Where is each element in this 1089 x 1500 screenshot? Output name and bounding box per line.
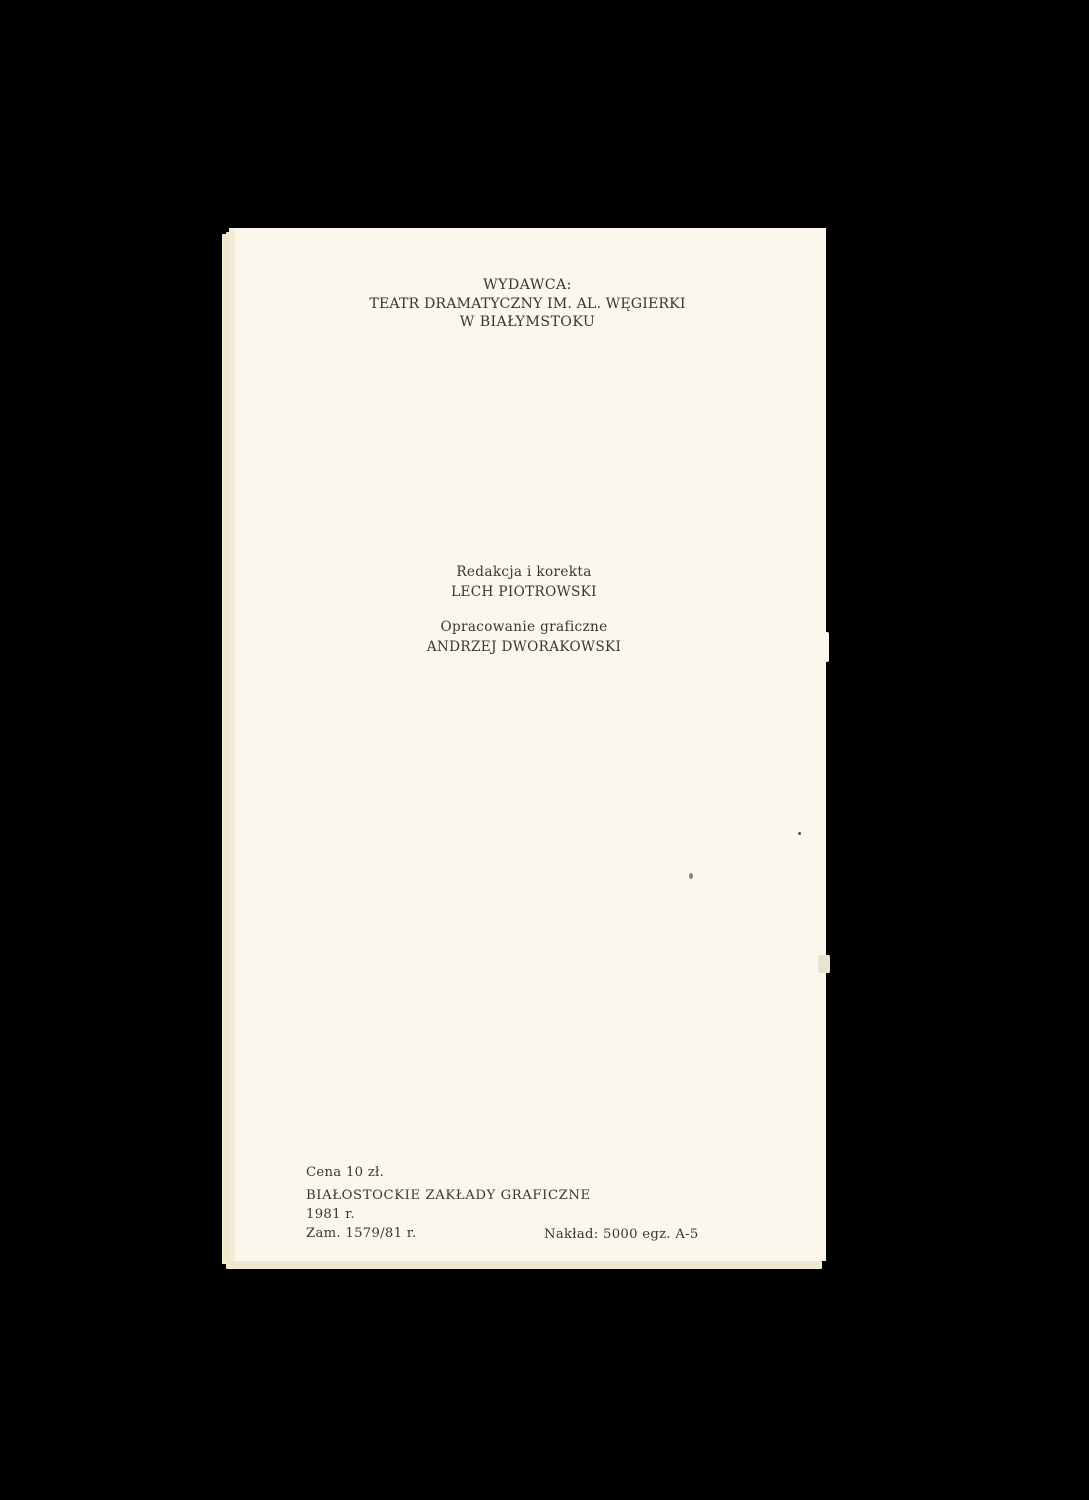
print-year: 1981 r. — [306, 1205, 726, 1224]
publisher-name: TEATR DRAMATYCZNY IM. AL. WĘGIERKI — [229, 295, 826, 314]
edge-tear — [818, 955, 830, 973]
credit-name: LECH PIOTROWSKI — [229, 583, 819, 603]
price: Cena 10 zł. — [306, 1163, 726, 1182]
order-number: Zam. 1579/81 r. — [306, 1226, 416, 1241]
credits-block: Redakcja i korekta LECH PIOTROWSKI Oprac… — [229, 563, 819, 657]
publisher-block: WYDAWCA: TEATR DRAMATYCZNY IM. AL. WĘGIE… — [229, 276, 826, 332]
paper-speck — [798, 832, 801, 835]
credit-role: Redakcja i korekta — [229, 563, 819, 583]
order-row: Zam. 1579/81 r. Nakład: 5000 egz. A-5 — [306, 1224, 726, 1243]
print-run: Nakład: 5000 egz. A-5 — [544, 1225, 699, 1244]
paper-speck — [689, 873, 693, 879]
edge-tear — [820, 632, 829, 662]
printer-name: BIAŁOSTOCKIE ZAKŁADY GRAFICZNE — [306, 1186, 726, 1205]
publisher-city: W BIAŁYMSTOKU — [229, 313, 826, 332]
colophon: Cena 10 zł. BIAŁOSTOCKIE ZAKŁADY GRAFICZ… — [306, 1163, 726, 1243]
credit-graphics: Opracowanie graficzne ANDRZEJ DWORAKOWSK… — [229, 618, 819, 657]
document-page — [229, 228, 826, 1261]
credit-editor: Redakcja i korekta LECH PIOTROWSKI — [229, 563, 819, 602]
credit-role: Opracowanie graficzne — [229, 618, 819, 638]
publisher-heading: WYDAWCA: — [229, 276, 826, 295]
credit-name: ANDRZEJ DWORAKOWSKI — [229, 638, 819, 658]
